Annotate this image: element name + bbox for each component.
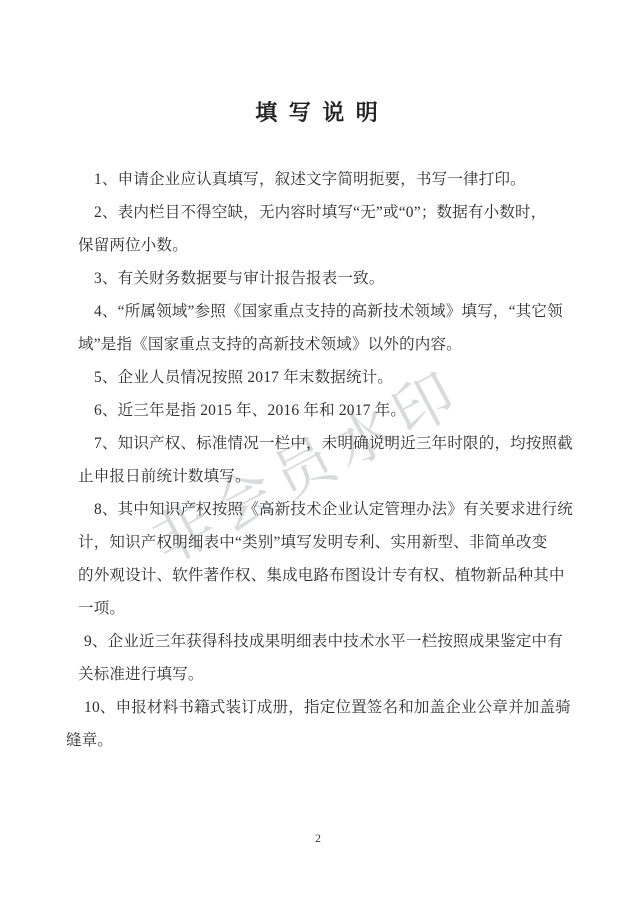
instruction-line: 7、知识产权、标准情况一栏中，未明确说明近三年时限的，均按照截 [78,427,588,460]
instruction-line: 5、企业人员情况按照 2017 年末数据统计。 [78,361,588,394]
instruction-line: 8、其中知识产权按照《高新技术企业认定管理办法》有关要求进行统 [78,493,588,526]
instruction-line: 关标准进行填写。 [78,658,588,691]
instruction-line: 6、近三年是指 2015 年、2016 年和 2017 年。 [78,394,588,427]
instructions: 1、申请企业应认真填写，叙述文字简明扼要，书写一律打印。 2、表内栏目不得空缺，… [78,163,588,757]
instruction-item-3: 3、有关财务数据要与审计报告报表一致。 [78,262,588,295]
instruction-item-5: 5、企业人员情况按照 2017 年末数据统计。 [78,361,588,394]
instruction-line: 2、表内栏目不得空缺，无内容时填写“无”或“0”；数据有小数时， [78,196,588,229]
instruction-line: 4、“所属领域”参照《国家重点支持的高新技术领域》填写，“其它领 [78,295,588,328]
page-title: 填 写 说 明 [0,96,636,127]
instruction-item-7: 7、知识产权、标准情况一栏中，未明确说明近三年时限的，均按照截 止申报日前统计数… [78,427,588,493]
instruction-line: 计，知识产权明细表中“类别”填写发明专利、实用新型、非简单改变 [78,526,588,559]
instruction-line: 一项。 [78,592,588,625]
instruction-item-8: 8、其中知识产权按照《高新技术企业认定管理办法》有关要求进行统 计，知识产权明细… [78,493,588,625]
page-number: 2 [0,831,636,846]
instruction-line: 保留两位小数。 [78,229,588,262]
instruction-item-10: 10、申报材料书籍式装订成册，指定位置签名和加盖企业公章并加盖骑 缝章。 [78,691,588,757]
instruction-line: 的外观设计、软件著作权、集成电路布图设计专有权、植物新品种其中 [78,559,588,592]
instruction-item-6: 6、近三年是指 2015 年、2016 年和 2017 年。 [78,394,588,427]
instruction-item-1: 1、申请企业应认真填写，叙述文字简明扼要，书写一律打印。 [78,163,588,196]
instruction-line: 止申报日前统计数填写。 [78,460,588,493]
instruction-line: 10、申报材料书籍式装订成册，指定位置签名和加盖企业公章并加盖骑 [78,691,588,724]
instruction-line: 缝章。 [66,724,588,757]
instruction-item-9: 9、企业近三年获得科技成果明细表中技术水平一栏按照成果鉴定中有 关标准进行填写。 [78,625,588,691]
instruction-line: 域”是指《国家重点支持的高新技术领域》以外的内容。 [78,328,588,361]
instruction-line: 3、有关财务数据要与审计报告报表一致。 [78,262,588,295]
instruction-line: 9、企业近三年获得科技成果明细表中技术水平一栏按照成果鉴定中有 [78,625,588,658]
document-page: 非会员水印 填 写 说 明 1、申请企业应认真填写，叙述文字简明扼要，书写一律打… [0,0,636,900]
instruction-item-2: 2、表内栏目不得空缺，无内容时填写“无”或“0”；数据有小数时， 保留两位小数。 [78,196,588,262]
instruction-line: 1、申请企业应认真填写，叙述文字简明扼要，书写一律打印。 [78,163,588,196]
instruction-item-4: 4、“所属领域”参照《国家重点支持的高新技术领域》填写，“其它领 域”是指《国家… [78,295,588,361]
